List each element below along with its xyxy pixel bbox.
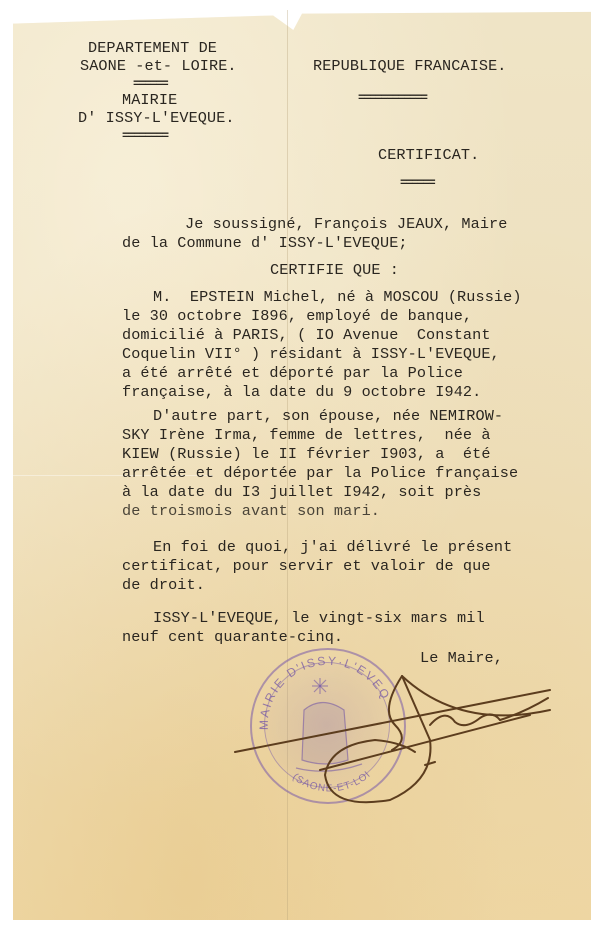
intro-line: de la Commune d' ISSY-L'EVEQUE; (122, 233, 408, 253)
text-line: le 30 octobre I896, employé de banque, (122, 306, 472, 326)
separator: ======== (122, 126, 168, 146)
header-region: SAONE -et- LOIRE. (80, 56, 237, 76)
text-line: de droit. (122, 575, 205, 595)
text-line: Coquelin VII° ) résidant à ISSY-L'EVEQUE… (122, 344, 500, 364)
header-republique: REPUBLIQUE FRANCAISE. (313, 56, 507, 76)
text-line: certificat, pour servir et valoir de que (122, 556, 491, 576)
text-line: à la date du I3 juillet I942, soit près (122, 482, 481, 502)
text-line: a été arrêté et déporté par la Police (122, 363, 463, 383)
document-title: CERTIFICAT. (378, 145, 479, 165)
text-line: KIEW (Russie) le II février I903, a été (122, 444, 491, 464)
certifie-heading: CERTIFIE QUE : (270, 260, 399, 280)
header-department: DEPARTEMENT DE (88, 38, 217, 58)
text-line: M. EPSTEIN Michel, né à MOSCOU (Russie) (153, 287, 522, 307)
text-line: neuf cent quarante-cinq. (122, 627, 343, 647)
header-commune: D' ISSY-L'EVEQUE. (78, 108, 235, 128)
intro-line: Je soussigné, François JEAUX, Maire (185, 214, 508, 234)
signatory-title: Le Maire, (420, 648, 503, 668)
mayor-signature-icon (230, 670, 570, 810)
text-line: arrêtée et déportée par la Police frança… (122, 463, 518, 483)
text-line: En foi de quoi, j'ai délivré le présent (153, 537, 512, 557)
text-line: française, à la date du 9 octobre I942. (122, 382, 481, 402)
text-line: de troismois avant son mari. (122, 501, 380, 521)
text-line: domicilié à PARIS, ( IO Avenue Constant (122, 325, 491, 345)
header-mairie: MAIRIE (122, 90, 177, 110)
text-line: ISSY-L'EVEQUE, le vingt-six mars mil (153, 608, 485, 628)
text-line: SKY Irène Irma, femme de lettres, née à (122, 425, 491, 445)
separator: ============ (358, 88, 426, 108)
separator: ====== (400, 173, 434, 193)
text-line: D'autre part, son épouse, née NEMIROW- (153, 406, 503, 426)
